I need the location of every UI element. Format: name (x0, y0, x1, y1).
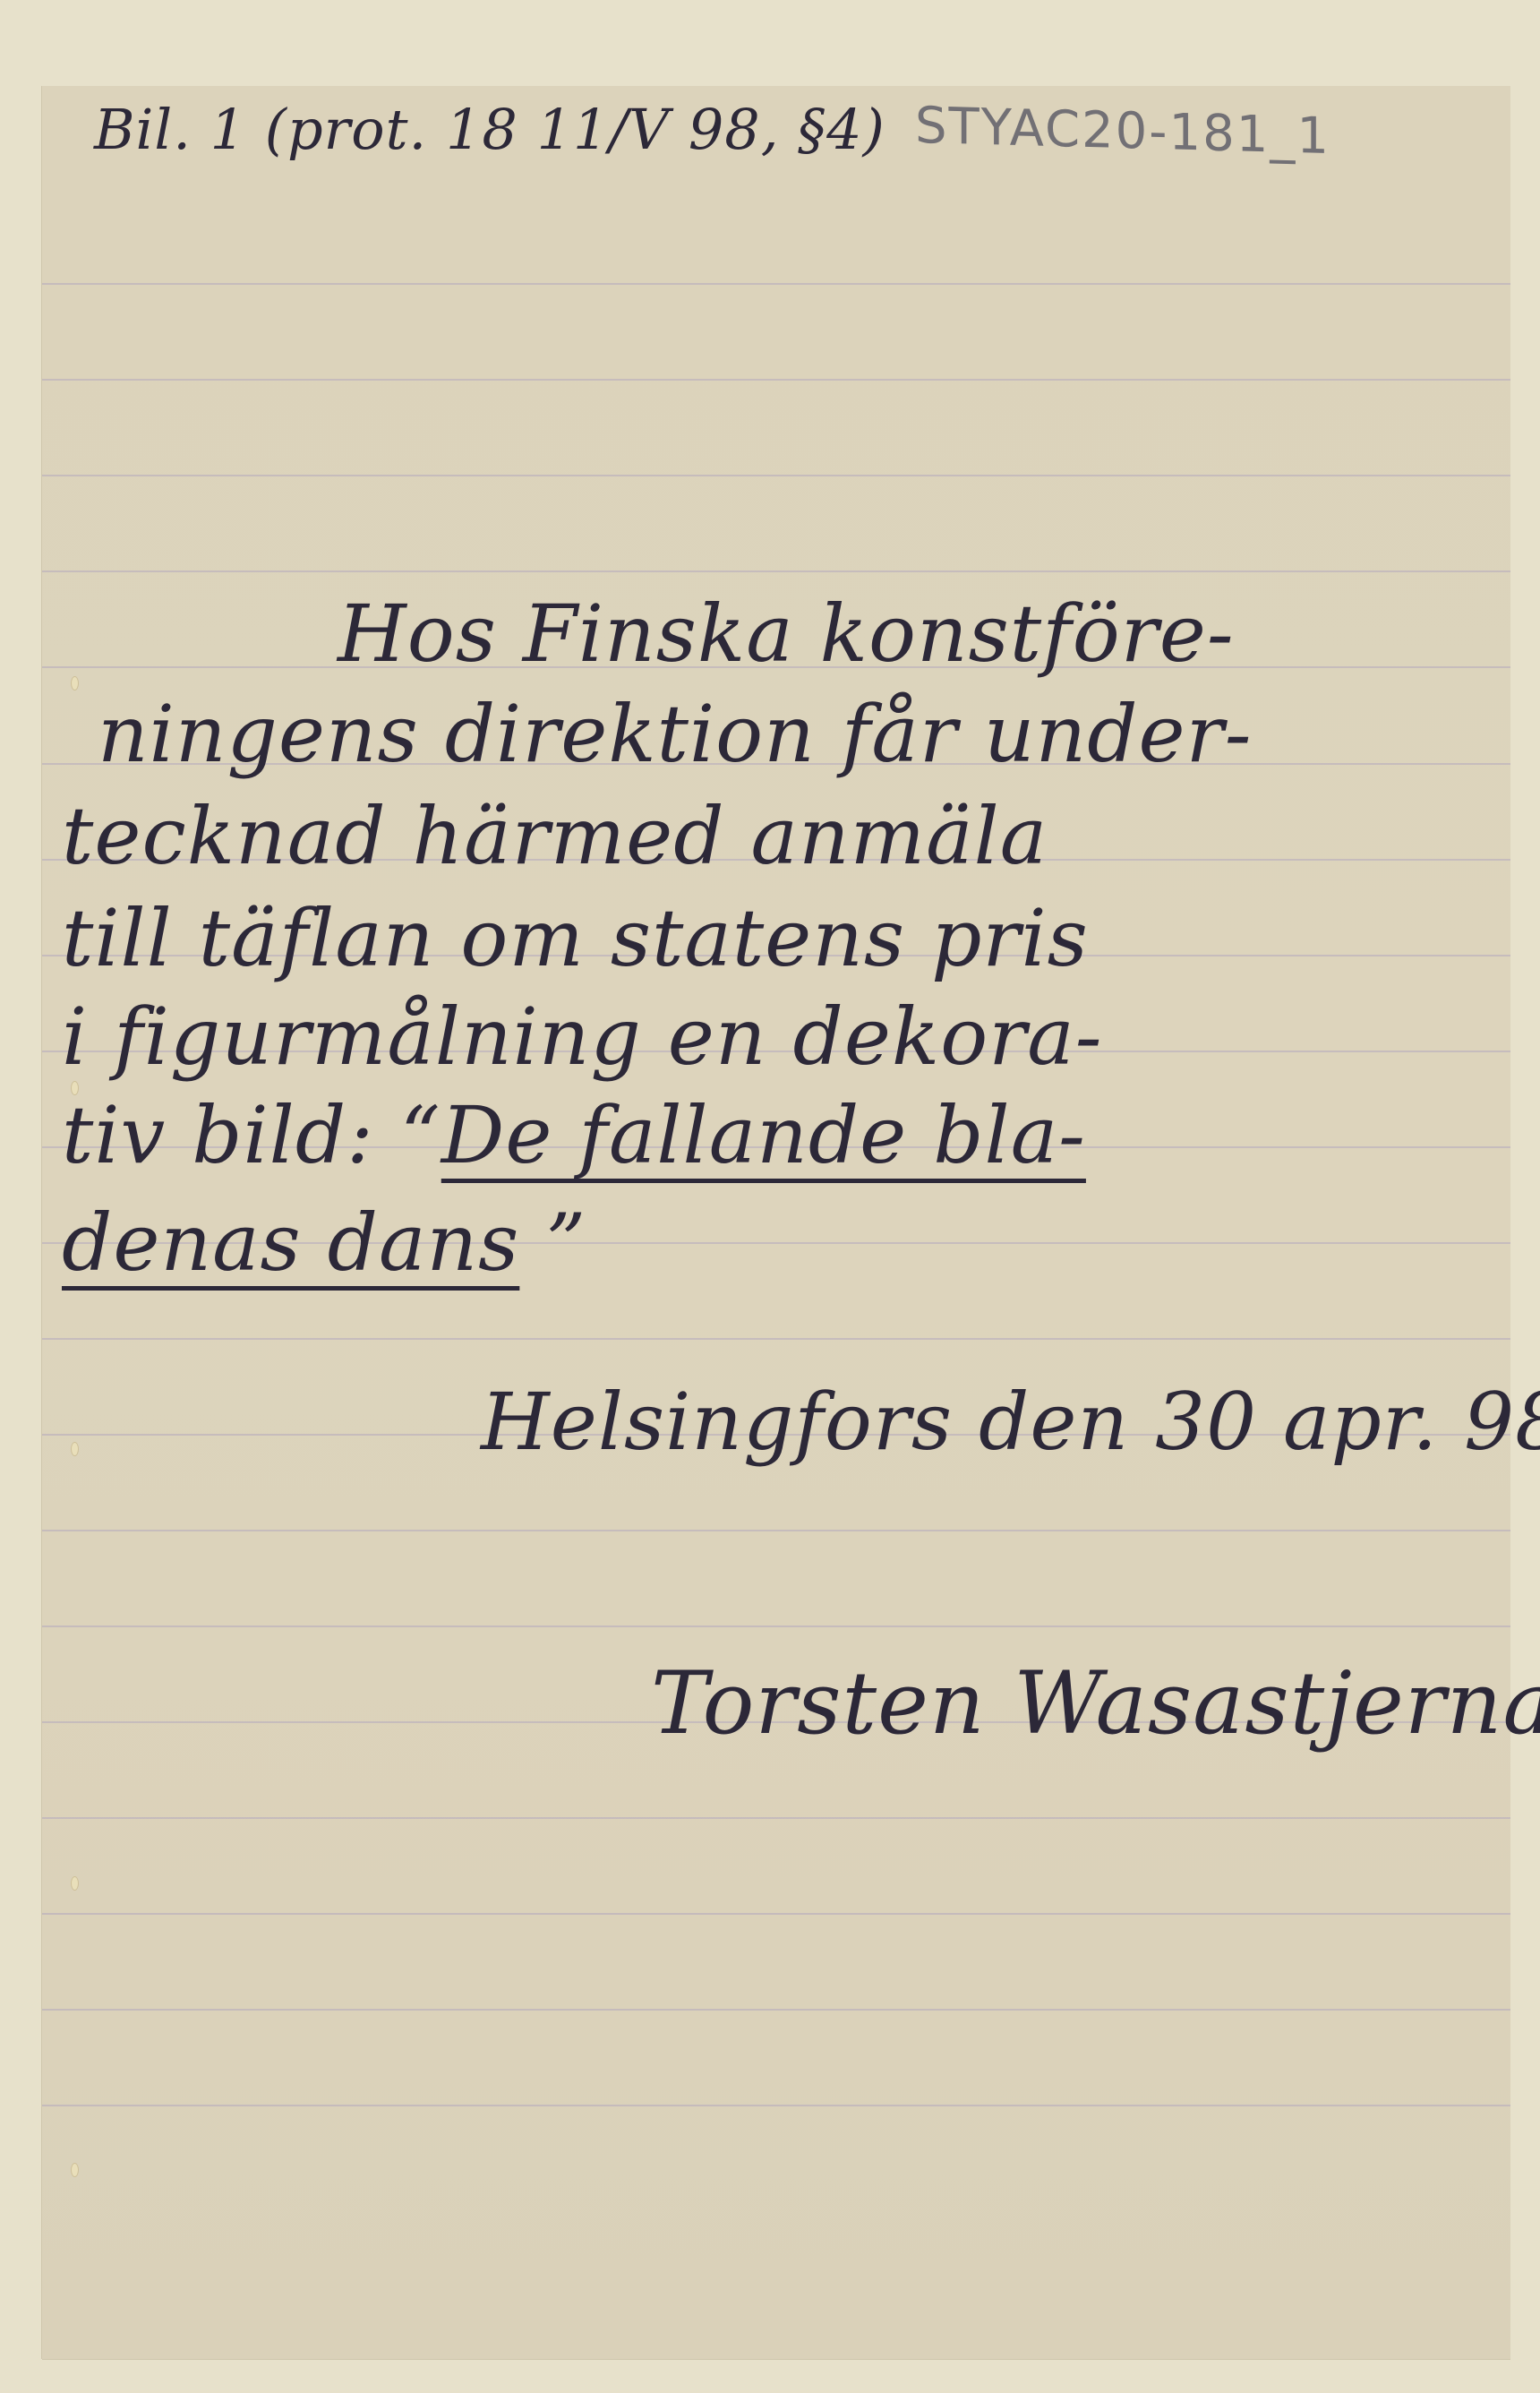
ruled-line (42, 379, 1510, 381)
ruled-line (42, 570, 1510, 572)
body-line-6: tiv bild: “De fallande bla- (62, 1089, 1086, 1181)
ruled-line (42, 1338, 1510, 1340)
body-line-4: till täflan om statens pris (62, 892, 1089, 984)
underlined-title-part-2: denas dans (62, 1196, 519, 1289)
closing-quote: ” (519, 1196, 586, 1289)
ruled-line (42, 283, 1510, 285)
body-line-6-prefix: tiv bild: “ (62, 1089, 441, 1181)
pinhole (72, 1443, 78, 1455)
pinhole (72, 2164, 78, 2176)
signature: Torsten Wasastjerna (651, 1653, 1540, 1754)
ruled-line (42, 475, 1510, 476)
ruled-line (42, 1913, 1510, 1915)
body-line-5: i figurmålning en dekora- (62, 991, 1102, 1083)
body-line-2: ningens direktion får under- (98, 688, 1252, 780)
body-line-3: tecknad härmed anmäla (62, 790, 1048, 882)
body-line-7: denas dans ” (62, 1196, 586, 1289)
ruled-line (42, 2009, 1510, 2011)
ruled-line (42, 1625, 1510, 1627)
place-date: Helsingfors den 30 apr. 98 (481, 1376, 1540, 1468)
letter-sheet: Bil. 1 (prot. 18 11/V 98, §4) STYAC20-18… (42, 86, 1510, 2359)
body-line-1: Hos Finska konstföre- (338, 588, 1235, 680)
ruled-line (42, 2105, 1510, 2106)
protocol-annotation: Bil. 1 (prot. 18 11/V 98, §4) (94, 97, 885, 162)
ruled-line (42, 1530, 1510, 1531)
ruled-line (42, 1817, 1510, 1819)
underlined-title-part-1: De fallande bla- (441, 1089, 1086, 1181)
pinhole (72, 1877, 78, 1890)
pinhole (72, 677, 78, 690)
archive-stamp: STYAC20-181_1 (915, 97, 1330, 166)
